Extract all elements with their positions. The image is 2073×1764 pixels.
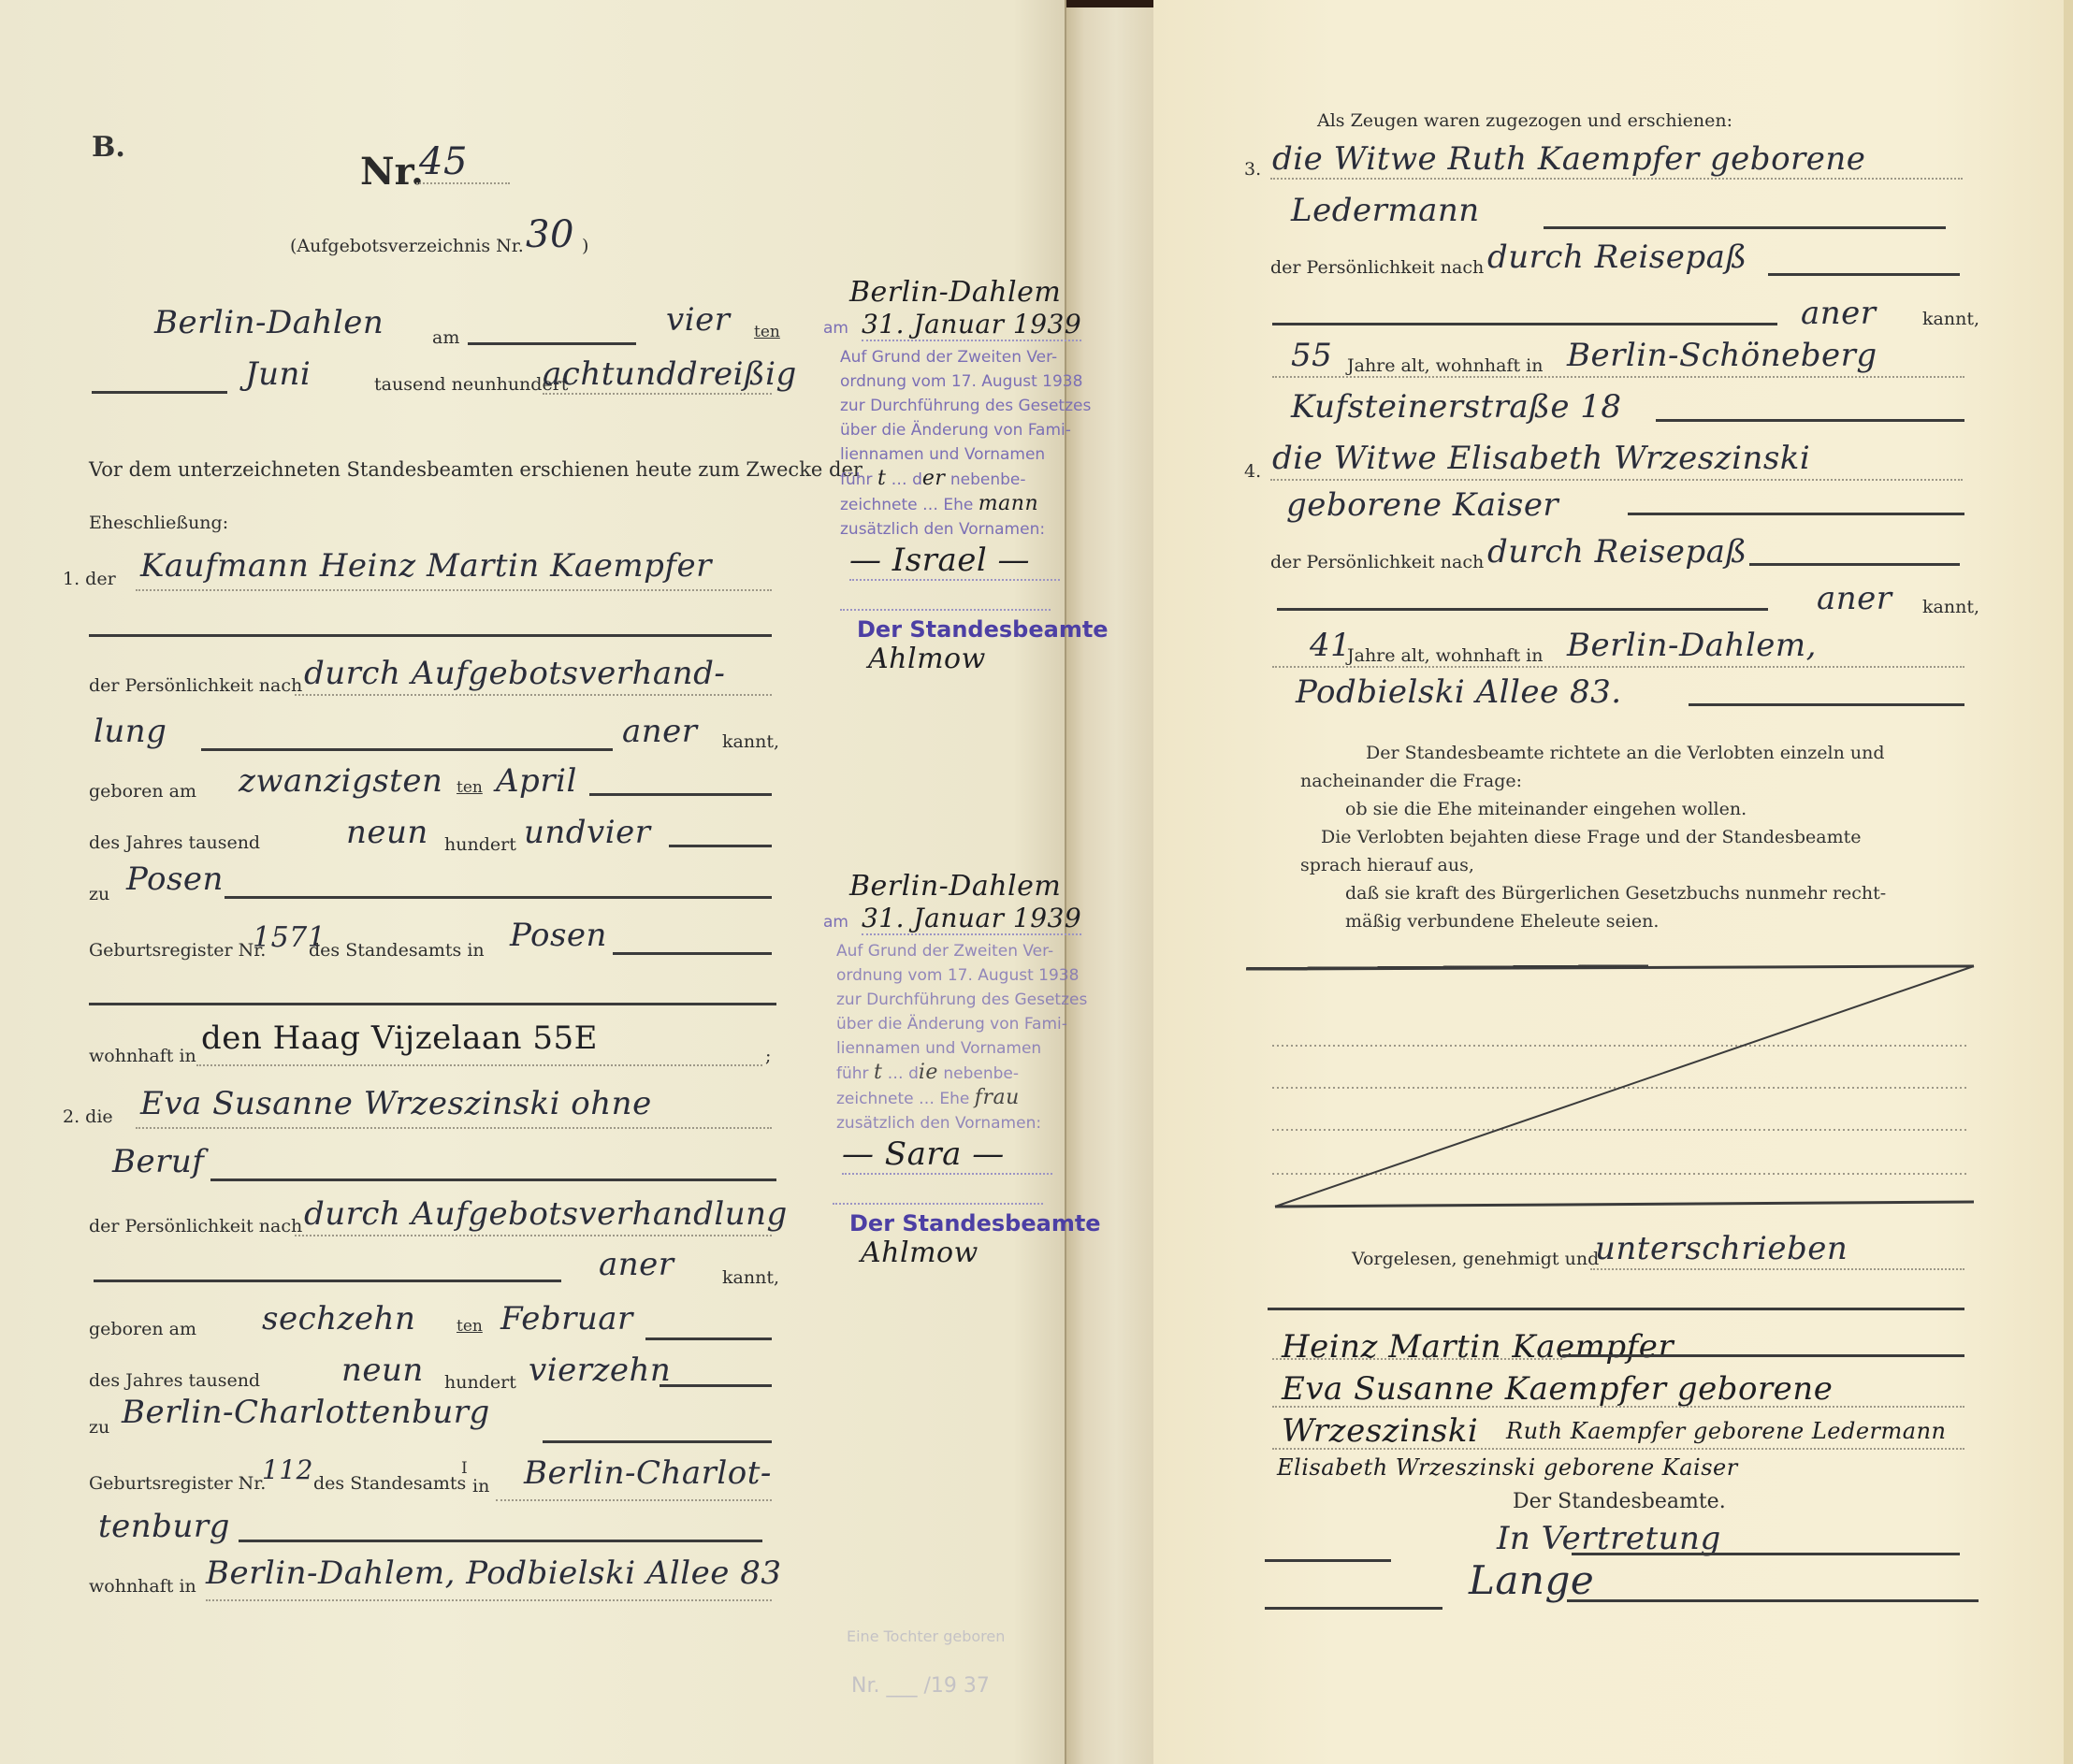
witness-3-identity-label: der Persönlichkeit nach — [1270, 257, 1484, 278]
witness-3-name-rule — [1544, 226, 1946, 229]
groom-born-day: zwanzigsten — [239, 762, 442, 800]
bride-birthplace-rule — [543, 1440, 772, 1443]
groom-residence-end: ; — [765, 1046, 771, 1066]
banns-register-label: (Aufgebotsverzeichnis Nr. — [290, 236, 524, 256]
groom-born-day-suffix: ten — [457, 778, 483, 797]
margin-am-label: am — [823, 910, 848, 934]
stamp-der-fill: er — [922, 467, 946, 490]
added-name-sara: — Sara — — [842, 1135, 1052, 1175]
groom-birthplace-label: zu — [89, 884, 109, 904]
groom-known-label: kannt, — [722, 731, 779, 752]
official-sig-rule-left — [1265, 1607, 1442, 1610]
spine-shadow — [1066, 0, 1155, 7]
stamp-der-prefix: d — [908, 1064, 919, 1083]
signature-witness-4: Elisabeth Wrzeszinski geborene Kaiser — [1277, 1454, 1738, 1481]
margin-am-label: am — [823, 316, 848, 340]
witness-4-residence-line — [1272, 666, 1964, 668]
groom-birthplace: Posen — [126, 860, 224, 898]
signature-groom: Heinz Martin Kaempfer — [1282, 1328, 1674, 1366]
stamp-der-fill: ie — [919, 1061, 938, 1084]
groom-birth-register-label: Geburtsregister Nr. — [89, 940, 266, 961]
signature-groom-rule — [1562, 1354, 1964, 1357]
stamp-line: zur Durchführung des Gesetzes — [836, 988, 1066, 1012]
groom-blank-rule — [89, 1003, 776, 1005]
groom-known-rule — [201, 748, 613, 751]
witness-4-identity-value: durch Reisepaß — [1487, 533, 1747, 571]
groom-name: Kaufmann Heinz Martin Kaempfer — [140, 547, 712, 585]
stamp-zusaetzlich-label: zusätzlich den Vornamen: — [836, 1111, 1066, 1135]
witness-4-age: 41 — [1310, 627, 1351, 664]
bride-born-rule — [645, 1337, 772, 1340]
bride-identity-label: der Persönlichkeit nach — [89, 1216, 302, 1236]
groom-born-label: geboren am — [89, 781, 196, 802]
margin-place: Berlin-Dahlem — [849, 870, 1066, 903]
ceremony-line-7: mäßig verbundene Eheleute seien. — [1345, 907, 1659, 935]
stamp-fuehrt-fill: t — [874, 1061, 882, 1084]
signature-witness-line — [1272, 1448, 1964, 1450]
signature-bride: Eva Susanne Kaempfer geborene — [1282, 1370, 1833, 1408]
stamp-fuehrt-label: führ — [840, 470, 873, 489]
stamp-signature: Ahlmow — [861, 1236, 1066, 1269]
witness-4-name-line — [1270, 479, 1963, 481]
date-am-label: am — [432, 327, 459, 348]
ceremony-line-1: Der Standesbeamte richtete an die Verlob… — [1366, 739, 1885, 767]
bride-born-day: sechzehn — [262, 1300, 415, 1337]
stamp-fuehrt-label: führ — [836, 1064, 869, 1083]
ceremony-line-2: nacheinander die Frage: — [1300, 767, 1522, 795]
groom-year-rest: undvier — [524, 814, 651, 851]
marriage-day: vier — [666, 301, 730, 339]
bride-born-month: Februar — [500, 1300, 633, 1337]
bride-birth-register-label: Geburtsregister Nr. — [89, 1473, 266, 1494]
witness-3-residence-cont: Kufsteinerstraße 18 — [1291, 388, 1622, 426]
witness-4-known-value: aner — [1817, 580, 1892, 617]
official-label: Der Standesbeamte. — [1513, 1490, 1726, 1513]
month-rule — [92, 391, 227, 394]
page-edge — [2064, 0, 2073, 1764]
bride-year-hundreds: neun — [341, 1352, 424, 1389]
bride-birthplace-label: zu — [89, 1417, 109, 1438]
stamp-nebenbe-label: nebenbe- — [950, 470, 1026, 489]
read-approved-value: unterschrieben — [1595, 1230, 1848, 1267]
margin-date: 31. Januar 1939 — [862, 903, 1081, 935]
witness-4-name-cont: geborene Kaiser — [1286, 486, 1558, 524]
added-name-israel: — Israel — — [849, 542, 1060, 581]
witness-3-index: 3. — [1244, 159, 1261, 180]
stamp-official-label: Der Standesbeamte — [857, 616, 1066, 643]
bride-residence: Berlin-Dahlem, Podbielski Allee 83 — [206, 1554, 782, 1592]
margin-note-israel: Berlin-Dahlem am 31. Januar 1939 Auf Gru… — [823, 276, 1066, 675]
witness-3-identity-rule — [1768, 273, 1960, 276]
stamp-ehe-fill: frau — [975, 1086, 1020, 1109]
bride-name: Eva Susanne Wrzeszinski ohne — [140, 1085, 652, 1122]
groom-residence-label: wohnhaft in — [89, 1046, 196, 1066]
year-prefix-label: tausend neunhundert — [374, 374, 568, 395]
signature-bride-line — [1272, 1406, 1964, 1408]
read-approved-line — [1590, 1268, 1964, 1270]
stamp-der-prefix: d — [912, 470, 922, 489]
groom-known-value: aner — [622, 713, 698, 750]
bride-registry-line — [496, 1499, 772, 1501]
witness-3-age-label: Jahre alt, wohnhaft in — [1347, 355, 1543, 376]
stamp-line: zur Durchführung des Gesetzes — [840, 394, 1066, 418]
groom-index: 1. der — [63, 569, 116, 589]
witness-4-residence-cont: Podbielski Allee 83. — [1296, 673, 1622, 711]
marriage-year: achtunddreißig — [543, 355, 797, 393]
groom-identity-label: der Persönlichkeit nach — [89, 675, 302, 696]
stamp-nebenbe-label: nebenbe- — [943, 1064, 1019, 1083]
witness-3-known-value: aner — [1801, 295, 1877, 332]
official-rule-right — [1572, 1553, 1960, 1555]
ceremony-line-6: daß sie kraft des Bürgerlichen Gesetzbuc… — [1345, 879, 1886, 907]
stamp-line: Auf Grund der Zweiten Ver- — [840, 345, 1066, 369]
intro-text-2: Eheschließung: — [89, 513, 228, 533]
groom-rule — [89, 634, 772, 637]
stamp-zeichnete-label: zeichnete — [836, 1090, 914, 1108]
witness-3-known-label: kannt, — [1922, 309, 1979, 329]
stamp-line: liennamen und Vornamen — [840, 442, 1066, 467]
groom-registry-rule — [613, 952, 772, 955]
witness-3-name-line — [1270, 178, 1963, 180]
bride-residence-line — [206, 1599, 772, 1601]
stamp-ehe-fill: mann — [979, 492, 1038, 515]
stamp-line: ordnung vom 17. August 1938 — [840, 369, 1066, 394]
witness-4-known-rule — [1277, 608, 1768, 611]
stamp-line: über die Änderung von Fami- — [840, 418, 1066, 442]
margin-place: Berlin-Dahlem — [849, 276, 1066, 309]
read-approved-label: Vorgelesen, genehmigt und — [1352, 1249, 1599, 1269]
groom-residence: den Haag Vijzelaan 55E — [201, 1019, 598, 1057]
witness-3-name-cont: Ledermann — [1291, 192, 1480, 229]
strike-through-lines — [1272, 963, 1983, 1216]
banns-register-number: 30 — [526, 213, 574, 256]
witness-header: Als Zeugen waren zugezogen und erschiene… — [1317, 110, 1732, 131]
margin-ghost-line: Eine Tochter geboren — [847, 1627, 1005, 1645]
book-spine — [1065, 0, 1156, 1764]
record-number: 45 — [419, 140, 468, 183]
witness-4-index: 4. — [1244, 461, 1261, 482]
stamp-line: über die Änderung von Fami- — [836, 1012, 1066, 1036]
stamp-official-label: Der Standesbeamte — [849, 1210, 1066, 1236]
bride-name-cont: Beruf — [112, 1143, 204, 1180]
date-rule — [468, 342, 636, 345]
bride-registry-office-cont: tenburg — [98, 1508, 230, 1545]
groom-born-rule — [589, 793, 772, 796]
stamp-line: liennamen und Vornamen — [836, 1036, 1066, 1061]
witness-3-residence-rule — [1656, 419, 1964, 422]
bride-name-rule — [210, 1178, 776, 1181]
witness-4-identity-rule — [1749, 563, 1960, 566]
margin-date: 31. Januar 1939 — [862, 309, 1081, 341]
groom-birthplace-rule — [225, 896, 772, 899]
witness-4-residence-rule — [1689, 703, 1964, 706]
official-deputy: In Vertretung — [1497, 1520, 1721, 1557]
witness-3-age: 55 — [1291, 337, 1332, 374]
bride-birth-register-number: 112 — [262, 1454, 313, 1485]
groom-identity-value-cont: lung — [94, 713, 167, 750]
marriage-month: Juni — [245, 355, 311, 393]
stamp-blank-line — [840, 581, 1051, 611]
marriage-place: Berlin-Dahlen — [154, 304, 384, 341]
stamp-zeichnete-label: zeichnete — [840, 496, 918, 514]
margin-note-sara: Berlin-Dahlem am 31. Januar 1939 Auf Gru… — [823, 870, 1066, 1269]
year-line — [543, 393, 772, 395]
witness-3-identity-value: durch Reisepaß — [1487, 239, 1747, 276]
witness-3-residence: Berlin-Schöneberg — [1567, 337, 1877, 374]
bride-year-rest: vierzehn — [529, 1352, 671, 1389]
margin-ghost-ref: Nr. ___ /19 37 — [851, 1674, 990, 1698]
bride-registry-office-sup: I — [461, 1459, 468, 1478]
bride-registry-office: Berlin-Charlot- — [524, 1454, 772, 1492]
witness-3-known-rule — [1272, 323, 1777, 325]
bride-index: 2. die — [63, 1106, 113, 1127]
witness-3-residence-line — [1272, 376, 1964, 378]
official-signature: Lange — [1469, 1557, 1594, 1603]
bride-year-rule — [660, 1384, 772, 1387]
bride-born-day-suffix: ten — [457, 1317, 483, 1336]
groom-year-rule — [669, 845, 772, 847]
bride-known-label: kannt, — [722, 1267, 779, 1288]
bride-registry-office-label: des Standesamts — [313, 1473, 466, 1494]
witness-4-known-label: kannt, — [1922, 597, 1979, 617]
witness-4-name-rule — [1628, 513, 1964, 515]
stamp-zusaetzlich-label: zusätzlich den Vornamen: — [840, 517, 1066, 542]
witness-4-residence: Berlin-Dahlem, — [1567, 627, 1817, 664]
witness-3-name: die Witwe Ruth Kaempfer geborene — [1272, 140, 1865, 178]
day-suffix: ten — [754, 323, 780, 341]
bride-identity-line — [295, 1235, 772, 1236]
bride-name-line — [136, 1127, 772, 1129]
groom-registry-office: Posen — [510, 917, 607, 954]
ceremony-line-5: sprach hierauf aus, — [1300, 851, 1474, 879]
bride-known-value: aner — [599, 1246, 674, 1283]
bride-known-rule — [94, 1280, 561, 1282]
bride-year-hundred-label: hundert — [444, 1372, 516, 1393]
official-sig-rule-right — [1567, 1599, 1979, 1602]
page-letter: B. — [92, 131, 125, 164]
groom-year-hundred-label: hundert — [444, 834, 516, 855]
witness-4-name: die Witwe Elisabeth Wrzeszinski — [1272, 440, 1810, 477]
signature-witness-3: Ruth Kaempfer geborene Ledermann — [1506, 1418, 1947, 1444]
bride-year-label: des Jahres tausend — [89, 1370, 260, 1391]
bride-registry-rule — [239, 1540, 762, 1542]
bride-birthplace: Berlin-Charlottenburg — [122, 1394, 490, 1431]
witness-4-age-label: Jahre alt, wohnhaft in — [1347, 645, 1543, 666]
record-number-line — [416, 182, 510, 184]
stamp-blank-line — [833, 1175, 1043, 1205]
stamp-ehe-label: Ehe — [939, 1090, 969, 1108]
intro-text: Vor dem unterzeichneten Standesbeamten e… — [89, 458, 863, 481]
ceremony-line-3: ob sie die Ehe miteinander eingehen woll… — [1345, 795, 1747, 823]
bride-identity-value: durch Aufgebotsverhandlung — [304, 1195, 788, 1233]
signature-groom-line — [1272, 1358, 1562, 1360]
groom-residence-line — [196, 1064, 762, 1066]
bride-registry-office-in: in — [472, 1476, 489, 1497]
ceremony-line-4: Die Verlobten bejahten diese Frage und d… — [1321, 823, 1862, 851]
stamp-line: ordnung vom 17. August 1938 — [836, 963, 1066, 988]
stamp-fuehrt-fill: t — [877, 467, 886, 490]
bride-residence-label: wohnhaft in — [89, 1576, 196, 1597]
groom-born-month: April — [496, 762, 577, 800]
signature-top-rule — [1268, 1308, 1964, 1310]
official-rule-left — [1265, 1559, 1391, 1562]
banns-register-close: ) — [582, 236, 588, 256]
signature-bride-cont: Wrzeszinski — [1282, 1412, 1478, 1450]
stamp-signature: Ahlmow — [868, 643, 1066, 675]
bride-born-label: geboren am — [89, 1319, 196, 1339]
groom-name-line — [136, 589, 772, 591]
record-number-label: Nr. — [360, 150, 424, 194]
witness-4-identity-label: der Persönlichkeit nach — [1270, 552, 1484, 572]
stamp-line: Auf Grund der Zweiten Ver- — [836, 939, 1066, 963]
stamp-ehe-label: Ehe — [943, 496, 973, 514]
groom-year-hundreds: neun — [346, 814, 428, 851]
groom-registry-office-label: des Standesamts in — [309, 940, 485, 961]
groom-identity-value: durch Aufgebotsverhand- — [304, 655, 725, 692]
groom-identity-line — [295, 694, 772, 696]
groom-year-label: des Jahres tausend — [89, 832, 260, 853]
